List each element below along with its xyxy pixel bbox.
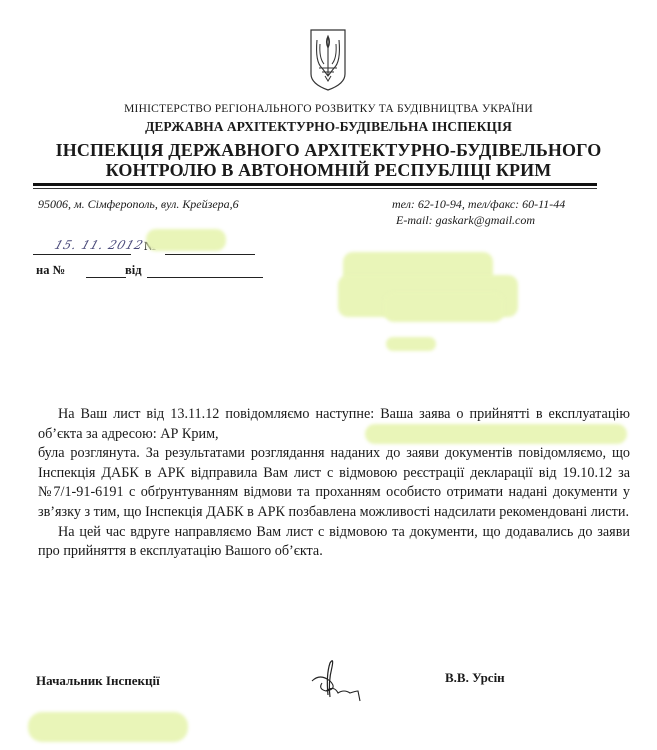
reference-date-label: від (125, 263, 142, 278)
paragraph-2: На цей час вдруге направляємо Вам лист с… (38, 523, 630, 562)
outgoing-number-underline (165, 254, 255, 255)
reference-number-label: на № (36, 263, 65, 278)
organization-email: E-mail: gaskark@gmail.com (396, 213, 535, 228)
date-underline (33, 254, 131, 255)
redacted-addressee (386, 337, 436, 351)
redacted-object-address (365, 424, 627, 444)
signatory-name: В.В. Урсін (445, 670, 505, 686)
organization-address: 95006, м. Сімферополь, вул. Крейзера,6 (38, 197, 239, 212)
header-divider-thin (33, 188, 597, 189)
organization-name-line2: КОНТРОЛЮ В АВТОНОМНІЙ РЕСПУБЛІЦІ КРИМ (0, 160, 657, 181)
reference-number-underline (86, 277, 126, 278)
redacted-executor (28, 712, 188, 742)
outgoing-date-handwritten: 15. 11. 2012 (53, 238, 146, 252)
ministry-name: МІНІСТЕРСТВО РЕГІОНАЛЬНОГО РОЗВИТКУ ТА Б… (0, 103, 657, 115)
organization-phone: тел: 62-10-94, тел/факс: 60-11-44 (392, 197, 565, 212)
paragraph-1-main: була розглянута. За результатами розгляд… (38, 444, 630, 522)
ukraine-trident-emblem-icon (308, 28, 348, 92)
organization-name-line1: ІНСПЕКЦІЯ ДЕРЖАВНОГО АРХІТЕКТУРНО-БУДІВЕ… (0, 140, 657, 161)
reference-date-underline (147, 277, 263, 278)
signatory-title: Начальник Інспекції (36, 673, 160, 689)
handwritten-signature-icon (308, 655, 368, 705)
redacted-outgoing-number (146, 229, 226, 251)
agency-name: ДЕРЖАВНА АРХІТЕКТУРНО-БУДІВЕЛЬНА ІНСПЕКЦ… (0, 119, 657, 135)
redacted-addressee (384, 292, 504, 322)
header-divider-thick (33, 183, 597, 186)
